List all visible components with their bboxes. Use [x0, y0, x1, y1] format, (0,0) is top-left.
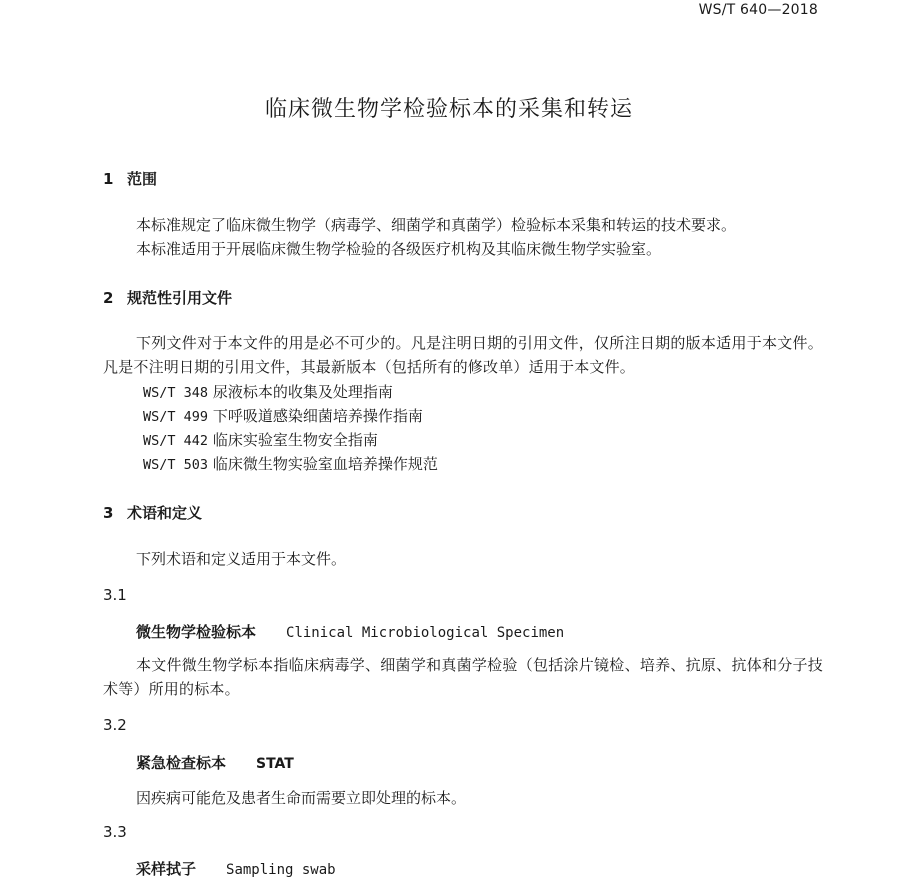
standard-code: WS/T 640—2018	[699, 2, 818, 18]
section-title: 范围	[127, 170, 157, 188]
section-title: 规范性引用文件	[127, 289, 232, 307]
section-title: 术语和定义	[127, 504, 202, 522]
reference-code: WS/T 348	[143, 385, 208, 401]
clause-number: 3.3	[103, 823, 127, 841]
paragraph: 下列术语和定义适用于本文件。	[136, 547, 346, 571]
reference-title: 尿液标本的收集及处理指南	[213, 383, 393, 401]
section-number: 1	[103, 170, 127, 188]
term-en: STAT	[256, 756, 294, 772]
term-heading: 微生物学检验标本Clinical Microbiological Specime…	[136, 621, 564, 642]
term-zh: 采样拭子	[136, 860, 196, 878]
term-en: Sampling swab	[226, 862, 336, 878]
term-definition: 因疾病可能危及患者生命而需要立即处理的标本。	[136, 786, 466, 810]
term-en: Clinical Microbiological Specimen	[286, 625, 564, 641]
paragraph: 本标准适用于开展临床微生物学检验的各级医疗机构及其临床微生物学实验室。	[136, 237, 661, 261]
reference-title: 临床实验室生物安全指南	[213, 431, 378, 449]
document-title: 临床微生物学检验标本的采集和转运	[0, 92, 898, 123]
section-3-heading: 3术语和定义	[103, 502, 202, 523]
reference-code: WS/T 499	[143, 409, 208, 425]
reference-item: WS/T 499 下呼吸道感染细菌培养操作指南	[143, 405, 423, 426]
section-1-heading: 1范围	[103, 168, 157, 189]
clause-number: 3.2	[103, 716, 127, 734]
clause-number: 3.1	[103, 586, 127, 604]
paragraph: 下列文件对于本文件的用是必不可少的。凡是注明日期的引用文件，仅所注日期的版本适用…	[103, 331, 823, 379]
reference-item: WS/T 348 尿液标本的收集及处理指南	[143, 381, 393, 402]
term-definition: 本文件微生物学标本指临床病毒学、细菌学和真菌学检验（包括涂片镜检、培养、抗原、抗…	[103, 653, 823, 701]
section-2-heading: 2规范性引用文件	[103, 287, 232, 308]
term-zh: 紧急检查标本	[136, 754, 226, 772]
reference-item: WS/T 503 临床微生物实验室血培养操作规范	[143, 453, 438, 474]
reference-item: WS/T 442 临床实验室生物安全指南	[143, 429, 378, 450]
section-number: 3	[103, 504, 127, 522]
term-heading: 采样拭子Sampling swab	[136, 858, 336, 879]
reference-title: 下呼吸道感染细菌培养操作指南	[213, 407, 423, 425]
section-number: 2	[103, 289, 127, 307]
reference-title: 临床微生物实验室血培养操作规范	[213, 455, 438, 473]
reference-code: WS/T 503	[143, 457, 208, 473]
term-zh: 微生物学检验标本	[136, 623, 256, 641]
term-heading: 紧急检查标本STAT	[136, 752, 294, 773]
reference-code: WS/T 442	[143, 433, 208, 449]
paragraph: 本标准规定了临床微生物学（病毒学、细菌学和真菌学）检验标本采集和转运的技术要求。	[136, 213, 736, 237]
